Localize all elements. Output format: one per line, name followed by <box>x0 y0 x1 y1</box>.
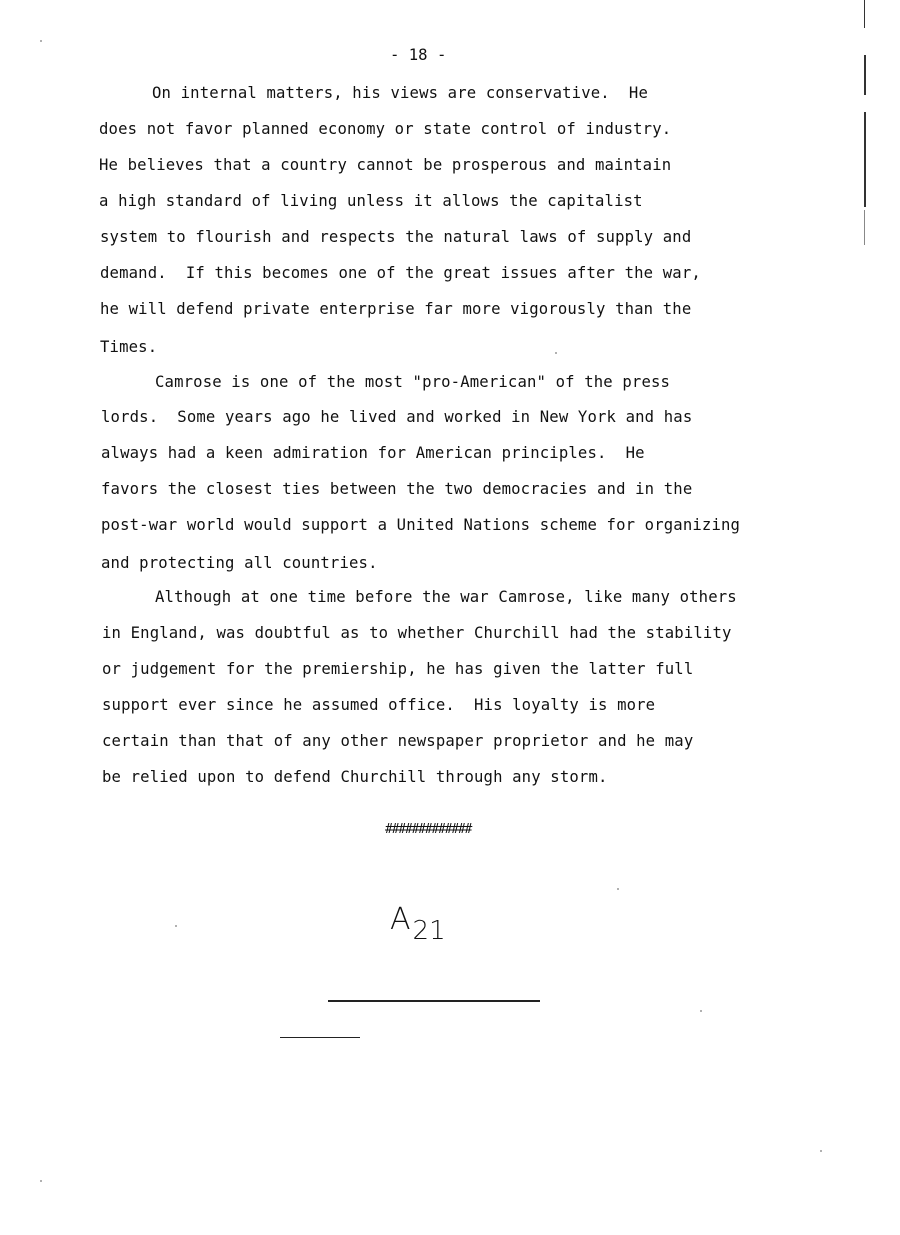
scan-speck <box>175 925 177 927</box>
text-line: lords. Some years ago he lived and worke… <box>101 407 692 427</box>
margin-scan-mark <box>864 210 865 245</box>
text-line: be relied upon to defend Churchill throu… <box>102 767 608 787</box>
text-line: post-war world would support a United Na… <box>101 515 740 535</box>
text-line: or judgement for the premiership, he has… <box>102 659 693 679</box>
text-line: certain than that of any other newspaper… <box>102 731 693 751</box>
text-line: On internal matters, his views are conse… <box>152 83 648 103</box>
scan-speck <box>820 1150 822 1152</box>
text-line: Camrose is one of the most "pro-American… <box>155 372 670 392</box>
text-line: he will defend private enterprise far mo… <box>100 299 691 319</box>
horizontal-rule-short <box>280 1037 360 1038</box>
text-line: demand. If this becomes one of the great… <box>100 263 701 283</box>
text-line: does not favor planned economy or state … <box>99 119 671 139</box>
handwritten-annotation: A21 <box>390 902 446 937</box>
text-line: in England, was doubtful as to whether C… <box>102 623 732 643</box>
scan-speck <box>40 40 42 42</box>
margin-scan-mark <box>864 55 866 95</box>
margin-scan-mark <box>864 0 865 28</box>
scan-speck <box>555 352 557 354</box>
page-number: - 18 - <box>390 46 446 64</box>
text-line: a high standard of living unless it allo… <box>99 191 643 211</box>
annotation-number: 21 <box>413 916 446 946</box>
annotation-letter: A <box>390 902 411 937</box>
text-line: system to flourish and respects the natu… <box>100 227 691 247</box>
document-page: - 18 - On internal matters, his views ar… <box>0 0 900 1235</box>
text-line: favors the closest ties between the two … <box>101 479 692 499</box>
text-line: Times. <box>100 337 157 357</box>
scan-speck <box>700 1010 702 1012</box>
scan-speck <box>617 888 619 890</box>
text-line: support ever since he assumed office. Hi… <box>102 695 655 715</box>
text-line: always had a keen admiration for America… <box>101 443 645 463</box>
horizontal-rule <box>328 1000 540 1002</box>
margin-scan-mark <box>864 112 866 207</box>
text-line: Although at one time before the war Camr… <box>155 587 737 607</box>
scan-speck <box>40 1180 42 1182</box>
text-line: and protecting all countries. <box>101 553 378 573</box>
text-line: He believes that a country cannot be pro… <box>99 155 671 175</box>
section-separator: ############# <box>385 822 471 837</box>
